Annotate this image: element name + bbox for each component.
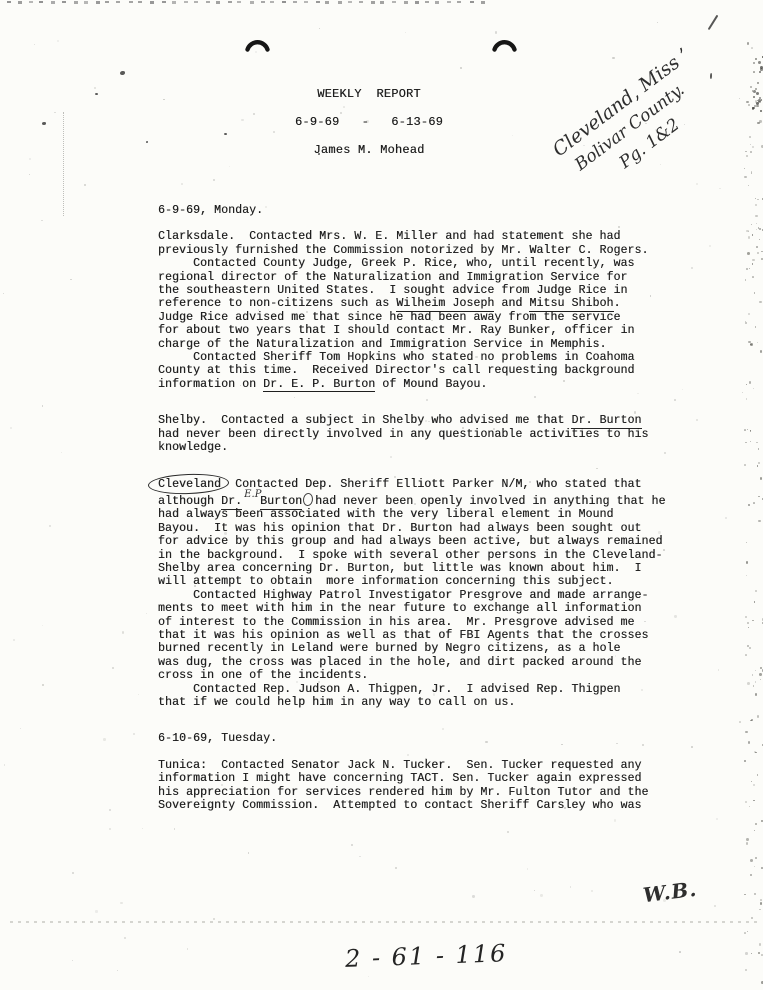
doc-line: Clarksdale. Contacted Mrs. W. E. Miller … (158, 230, 698, 243)
top-edge-dot (457, 1, 461, 3)
underlined-name: Dr. E. P. Burton (263, 378, 375, 393)
noise-speck (751, 224, 752, 225)
doc-line: of interest to the Commission in his are… (158, 616, 698, 629)
top-edge-dot (293, 1, 297, 3)
noise-speck (84, 184, 86, 186)
noise-speck (746, 561, 748, 563)
top-edge-dot (261, 1, 265, 3)
noise-speck (241, 119, 243, 121)
top-edge-dot (150, 1, 154, 3)
noise-speck (755, 58, 757, 60)
noise-speck (754, 893, 755, 894)
noise-speck (753, 502, 755, 504)
noise-speck (748, 741, 750, 743)
noise-speck (10, 427, 12, 429)
noise-speck (755, 215, 757, 217)
noise-speck (744, 168, 745, 169)
doc-line: cross in one of the incidents. (158, 669, 698, 682)
noise-speck (758, 227, 759, 228)
noise-speck (657, 22, 659, 24)
noise-speck (756, 246, 758, 248)
noise-speck (512, 135, 513, 136)
noise-speck (744, 464, 746, 466)
noise-speck (746, 268, 748, 270)
punch-hole-mark-left (244, 30, 271, 53)
noise-speck (751, 781, 752, 782)
noise-speck (754, 751, 756, 753)
noise-speck (760, 477, 762, 479)
top-edge-dot (51, 1, 55, 3)
noise-speck (319, 28, 321, 30)
doc-line: Tunica: Contacted Senator Jack N. Tucker… (158, 759, 698, 772)
top-edge-dot (216, 1, 220, 3)
report-header: WEEKLY REPORT 6-9-69 - 6-13-69 James M. … (269, 87, 469, 171)
paragraph: Cleveland Contacted Dep. Sheriff Elliott… (158, 478, 698, 710)
noise-speck (760, 899, 762, 901)
noise-speck (758, 496, 759, 497)
noise-speck (757, 252, 759, 254)
noise-speck (13, 639, 15, 641)
noise-speck (679, 951, 681, 953)
noise-speck (746, 384, 747, 385)
noise-speck (42, 684, 44, 686)
noise-speck (351, 844, 353, 846)
top-edge-dot (250, 1, 254, 3)
noise-speck (747, 429, 748, 430)
noise-speck (229, 166, 230, 167)
noise-speck (754, 866, 755, 867)
noise-speck (248, 852, 250, 854)
top-edge-dot (105, 1, 109, 3)
noise-speck (359, 856, 360, 857)
noise-speck (760, 679, 761, 680)
corner-note-line: Bolivar County. (523, 43, 738, 213)
paragraph: Shelby. Contacted a subject in Shelby wh… (158, 414, 698, 454)
noise-speck (758, 61, 761, 64)
noise-speck (753, 62, 755, 64)
report-date-range: 6-9-69 - 6-13-69 (269, 115, 469, 129)
noise-speck (70, 279, 72, 281)
noise-speck (752, 276, 754, 278)
doc-line: Shelby area concerning Dr. Burton, but l… (158, 562, 698, 575)
top-edge-dot (316, 1, 320, 3)
noise-speck (109, 809, 111, 811)
noise-speck (753, 784, 756, 787)
doc-line: Cleveland Contacted Dep. Sheriff Elliott… (158, 478, 698, 491)
noise-speck (253, 113, 255, 115)
noise-speck (745, 731, 747, 733)
noise-speck (181, 183, 183, 185)
report-author: James M. Mohead (269, 143, 469, 157)
noise-speck (20, 728, 21, 729)
top-edge-dot (62, 1, 66, 3)
noise-speck (744, 932, 746, 934)
noise-speck (752, 620, 753, 621)
doc-line: Contacted Highway Patrol Investigator Pr… (158, 589, 698, 602)
doc-line: Contacted County Judge, Greek P. Rice, w… (158, 257, 698, 270)
noise-speck (759, 673, 762, 676)
noise-speck (757, 715, 759, 717)
scan-fold-line (10, 921, 758, 923)
top-edge-dot (325, 1, 329, 3)
noise-speck (124, 937, 125, 938)
doc-line: Sovereignty Commission. Attempted to con… (158, 799, 698, 812)
top-edge-dot (392, 1, 396, 3)
pen-loop-mark (302, 492, 315, 507)
noise-speck (751, 172, 753, 174)
noise-speck (752, 234, 753, 235)
noise-speck (757, 342, 758, 343)
ink-blot (120, 71, 125, 75)
noise-speck (754, 292, 755, 293)
doc-line: County at this time. Received Director's… (158, 364, 698, 377)
top-edge-dot (435, 1, 439, 3)
noise-speck (759, 943, 762, 946)
noise-speck (757, 465, 759, 467)
top-edge-dot (270, 1, 274, 3)
noise-speck (460, 67, 462, 69)
doc-line: knowledge. (158, 441, 698, 454)
noise-speck (758, 952, 760, 954)
noise-speck (749, 647, 751, 649)
report-title: WEEKLY REPORT (269, 87, 469, 101)
noise-speck (761, 954, 763, 956)
noise-speck (748, 504, 750, 506)
noise-speck (755, 326, 757, 328)
noise-speck (739, 721, 741, 723)
top-edge-dot (96, 1, 100, 3)
noise-speck (41, 220, 42, 221)
noise-speck (747, 931, 748, 932)
noise-speck (755, 198, 756, 199)
top-edge-dot (184, 1, 188, 3)
noise-speck (749, 381, 751, 383)
noise-speck (748, 313, 750, 315)
ink-blot (42, 122, 46, 125)
noise-speck (103, 738, 105, 740)
doc-line: was dug, the cross was placed in the hol… (158, 656, 698, 669)
noise-speck (719, 188, 721, 190)
noise-speck (755, 693, 757, 695)
noise-speck (749, 806, 750, 807)
noise-speck (746, 838, 749, 841)
noise-speck (540, 894, 542, 896)
top-edge-dot (129, 1, 133, 3)
ink-blot (146, 141, 148, 143)
top-edge-dot (74, 1, 78, 3)
noise-speck (761, 251, 763, 253)
top-edge-dot (282, 1, 286, 3)
noise-speck (744, 894, 746, 896)
noise-speck (755, 204, 757, 206)
doc-line: although Dr.E.PBurtonhad never been open… (158, 491, 698, 508)
handwritten-file-number: 2 - 61 - 116 (345, 939, 508, 973)
doc-line: regional director of the Naturalization … (158, 271, 698, 284)
top-edge-dot (84, 1, 88, 3)
noise-speck (748, 236, 750, 238)
noise-speck (746, 842, 749, 845)
noise-speck (746, 575, 747, 576)
noise-speck (718, 669, 720, 671)
noise-speck (138, 694, 139, 695)
noise-speck (750, 430, 752, 432)
noise-speck (163, 99, 164, 100)
noise-speck (534, 890, 536, 892)
noise-speck (745, 616, 747, 618)
noise-speck (34, 44, 36, 46)
noise-speck (122, 631, 124, 633)
noise-speck (750, 859, 753, 862)
noise-speck (746, 542, 747, 543)
noise-speck (368, 976, 369, 977)
doc-line: in the background. I spoke with several … (158, 549, 698, 562)
top-edge-dot (348, 1, 352, 3)
noise-speck (747, 252, 750, 255)
doc-line: for about two years that I should contac… (158, 324, 698, 337)
doc-line: information on Dr. E. P. Burton of Mound… (158, 378, 698, 391)
noise-speck (42, 625, 43, 626)
noise-speck (754, 830, 756, 832)
top-edge-dot (371, 1, 375, 3)
top-edge-dot (404, 1, 408, 3)
doc-line: reference to non-citizens such as Wilhei… (158, 297, 698, 310)
scanned-document-page: WEEKLY REPORT 6-9-69 - 6-13-69 James M. … (0, 0, 763, 990)
noise-speck (612, 57, 614, 59)
top-edge-dot (304, 1, 308, 3)
top-edge-dot (470, 1, 474, 3)
noise-speck (748, 185, 749, 186)
noise-speck (758, 462, 760, 464)
noise-speck (395, 867, 397, 869)
noise-speck (133, 733, 135, 735)
noise-speck (758, 520, 760, 522)
noise-speck (61, 452, 62, 453)
typed-body: 6-9-69, Monday.Clarksdale. Contacted Mrs… (158, 204, 698, 835)
doc-line: Contacted Sheriff Tom Hopkins who stated… (158, 351, 698, 364)
noise-speck (745, 952, 747, 954)
doc-line: the southeastern United States. I sought… (158, 284, 698, 297)
doc-line: had never been directly involved in any … (158, 428, 698, 441)
punch-hole-mark-right (491, 30, 518, 53)
underlined-name: Wilheim Joseph (396, 297, 494, 312)
top-edge-dot (138, 1, 142, 3)
noise-speck (761, 258, 762, 259)
noise-speck (748, 627, 749, 628)
noise-speck (755, 823, 756, 824)
noise-speck (760, 902, 762, 904)
doc-line: charge of the Naturalization and Immigra… (158, 338, 698, 351)
noise-speck (112, 667, 114, 669)
noise-speck (753, 388, 754, 389)
noise-speck (750, 343, 753, 346)
noise-speck (747, 622, 749, 624)
doc-line: that if we could help him in any way to … (158, 696, 698, 709)
noise-speck (746, 398, 747, 399)
noise-speck (120, 902, 122, 904)
top-edge-dot (7, 1, 11, 3)
noise-speck (142, 828, 143, 829)
top-edge-dot (228, 1, 232, 3)
noise-speck (750, 441, 751, 442)
noise-speck (29, 174, 30, 175)
noise-speck (759, 301, 761, 303)
noise-speck (752, 263, 754, 265)
doc-line: Judge Rice advised me that since he had … (158, 311, 698, 324)
doc-line: Shelby. Contacted a subject in Shelby wh… (158, 414, 698, 427)
noise-speck (753, 800, 755, 802)
top-edge-dot (116, 1, 120, 3)
noise-speck (570, 886, 571, 887)
noise-speck (756, 442, 757, 443)
noise-speck (213, 918, 215, 920)
noise-speck (42, 405, 43, 406)
noise-speck (751, 47, 753, 49)
noise-speck (746, 230, 748, 232)
section-heading: 6-10-69, Tuesday. (158, 732, 698, 745)
noise-speck (750, 874, 752, 876)
top-edge-dot (415, 1, 419, 3)
noise-speck (760, 350, 762, 352)
noise-speck (759, 71, 761, 73)
noise-speck (57, 40, 59, 42)
top-edge-dot (29, 1, 33, 3)
section-heading: 6-9-69, Monday. (158, 204, 698, 217)
noise-speck (405, 32, 407, 34)
top-edge-dot (18, 1, 22, 3)
noise-speck (146, 613, 147, 614)
noise-speck (758, 448, 760, 450)
underlined-name: Mitsu Shiboh (529, 297, 613, 312)
noise-speck (756, 229, 757, 230)
ink-blot (224, 133, 227, 135)
noise-speck (754, 601, 755, 602)
top-edge-dot (481, 1, 485, 3)
noise-speck (725, 517, 727, 519)
doc-line: Contacted Rep. Judson A. Thigpen, Jr. I … (158, 683, 698, 696)
noise-speck (745, 801, 747, 803)
noise-speck (752, 259, 755, 262)
noise-speck (109, 828, 111, 830)
top-edge-dot (425, 1, 429, 3)
noise-speck (187, 948, 188, 949)
noise-speck (755, 670, 756, 671)
noise-speck (744, 760, 746, 762)
top-edge-dot (39, 1, 43, 3)
noise-speck (751, 719, 753, 721)
doc-line: ments to meet with him in the near futur… (158, 602, 698, 615)
noise-speck (472, 895, 474, 897)
noise-speck (591, 890, 593, 892)
handwritten-initials: W.B. (642, 877, 699, 907)
noise-speck (751, 917, 753, 919)
top-edge-dot (359, 1, 363, 3)
paragraph: Tunica: Contacted Senator Jack N. Tucker… (158, 759, 698, 813)
noise-speck (714, 905, 716, 907)
noise-speck (747, 682, 750, 685)
top-edge-dot (172, 1, 176, 3)
noise-speck (4, 764, 6, 766)
noise-speck (755, 590, 758, 593)
doc-line: will attempt to obtain more information … (158, 575, 698, 588)
doc-line: previously furnished the Commission noto… (158, 244, 698, 257)
noise-speck (751, 953, 752, 954)
noise-speck (213, 179, 214, 180)
noise-speck (757, 199, 758, 200)
noise-speck (744, 429, 746, 431)
top-edge-dot (380, 1, 384, 3)
top-edge-dot (338, 1, 342, 3)
noise-speck (759, 909, 761, 911)
top-edge-dot (194, 1, 198, 3)
noise-speck (755, 857, 758, 860)
noise-speck (753, 685, 755, 687)
doc-line: that it was his opinion as well as that … (158, 629, 698, 642)
noise-speck (94, 87, 96, 89)
top-edge-dot (447, 1, 451, 3)
doc-line: Bayou. It was his opinion that Dr. Burto… (158, 522, 698, 535)
ink-blot (95, 93, 98, 95)
noise-speck (752, 674, 754, 676)
scan-edge-line (63, 112, 64, 216)
noise-speck (757, 774, 758, 775)
noise-speck (49, 525, 50, 526)
noise-speck (72, 960, 74, 962)
doc-line: information I might have concerning TACT… (158, 772, 698, 785)
noise-speck (744, 176, 746, 178)
top-edge-dot (206, 1, 210, 3)
noise-speck (117, 970, 118, 971)
paragraph: Clarksdale. Contacted Mrs. W. E. Miller … (158, 230, 698, 391)
noise-speck (756, 223, 757, 224)
circled-word: Cleveland (158, 478, 221, 491)
noise-speck (745, 442, 746, 443)
noise-speck (759, 239, 760, 240)
doc-line: had always been associated with the very… (158, 508, 698, 521)
noise-speck (95, 910, 97, 912)
noise-speck (527, 868, 528, 869)
doc-line: burned recently in Leland were burned by… (158, 642, 698, 655)
noise-speck (745, 969, 748, 972)
noise-speck (745, 279, 747, 281)
handwritten-insert: E.P (244, 489, 259, 500)
noise-speck (745, 322, 746, 323)
noise-speck (72, 872, 74, 874)
noise-speck (716, 818, 718, 820)
noise-speck (749, 268, 750, 269)
noise-speck (709, 245, 711, 247)
top-edge-dot (237, 1, 241, 3)
noise-speck (54, 112, 56, 114)
noise-speck (742, 392, 743, 393)
noise-speck (3, 293, 5, 295)
noise-speck (745, 654, 747, 656)
noise-speck (755, 681, 756, 682)
noise-speck (747, 42, 749, 44)
noise-speck (29, 158, 31, 160)
doc-line: his appreciation for services rendered h… (158, 786, 698, 799)
top-edge-dot (162, 1, 166, 3)
doc-line: for advice by this group and had always … (158, 535, 698, 548)
